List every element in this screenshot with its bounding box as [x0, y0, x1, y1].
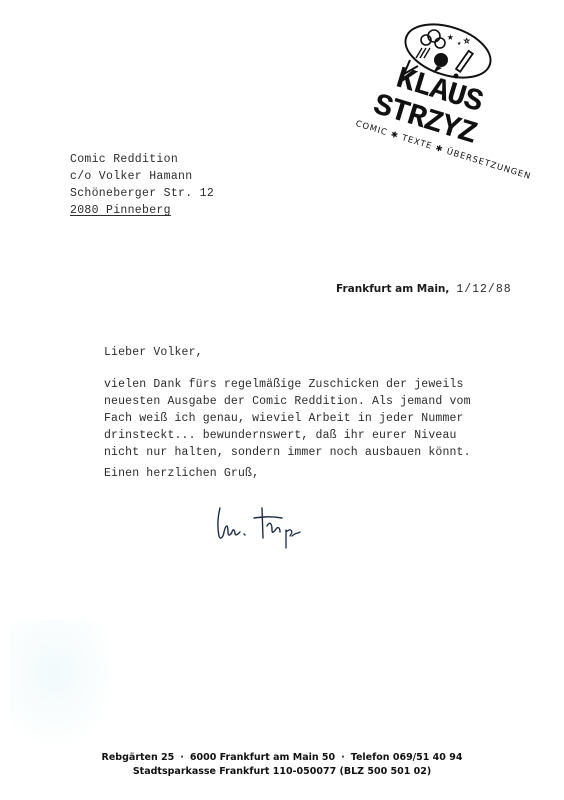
svg-text:★: ★ [457, 40, 462, 48]
scan-artifact [10, 620, 120, 750]
footer-separator: · [174, 752, 190, 763]
letter-page: ★ ★ ★ KLAUS STRZYZ COMIC ✱ T [0, 0, 564, 800]
dateline: Frankfurt am Main, 1/12/88 [336, 283, 512, 296]
body-line: vielen Dank fürs regelmäßige Zuschicken … [104, 376, 471, 393]
body-line: Fach weiß ich genau, wieviel Arbeit in j… [104, 410, 471, 427]
dateline-date: 1/12/88 [456, 283, 511, 296]
letter-body: Lieber Volker, vielen Dank fürs regelmäß… [104, 346, 471, 480]
recipient-line-4: 2080 Pinneberg [70, 202, 214, 219]
footer-separator: · [335, 752, 351, 763]
dateline-place: Frankfurt am Main, [336, 283, 449, 295]
body-line: drinsteckt... bewundernswert, daß ihr eu… [104, 427, 471, 444]
pen-icon [454, 51, 473, 79]
letterhead-footer: Rebgärten 25·6000 Frankfurt am Main 50·T… [0, 751, 564, 779]
body-paragraph: vielen Dank fürs regelmäßige Zuschicken … [104, 376, 471, 461]
recipient-line-1: Comic Reddition [70, 151, 214, 168]
closing: Einen herzlichen Gruß, [104, 467, 471, 480]
letterhead-logo: ★ ★ ★ KLAUS STRZYZ COMIC ✱ T [360, 18, 550, 188]
bomb-icon [433, 53, 448, 73]
recipient-line-3: Schöneberger Str. 12 [70, 185, 214, 202]
stars-icon: ★ ★ ★ [447, 32, 470, 48]
svg-text:★: ★ [447, 32, 454, 44]
footer-bank: Stadtsparkasse Frankfurt 110-050077 (BLZ… [0, 765, 564, 779]
footer-phone: Telefon 069/51 40 94 [351, 752, 463, 763]
footer-address-line: Rebgärten 25·6000 Frankfurt am Main 50·T… [0, 751, 564, 765]
salutation: Lieber Volker, [104, 346, 471, 359]
body-line: nicht nur halten, sondern immer noch aus… [104, 444, 471, 461]
footer-street: Rebgärten 25 [102, 752, 175, 763]
footer-city: 6000 Frankfurt am Main 50 [190, 752, 335, 763]
recipient-address: Comic Reddition c/o Volker Hamann Schöne… [70, 151, 214, 219]
logo-graphic: ★ ★ ★ KLAUS STRZYZ COMIC ✱ T [360, 18, 550, 188]
recipient-line-2: c/o Volker Hamann [70, 168, 214, 185]
body-line: neuesten Ausgabe der Comic Reddition. Al… [104, 393, 471, 410]
handwritten-signature [214, 502, 314, 552]
svg-text:★: ★ [464, 36, 470, 46]
